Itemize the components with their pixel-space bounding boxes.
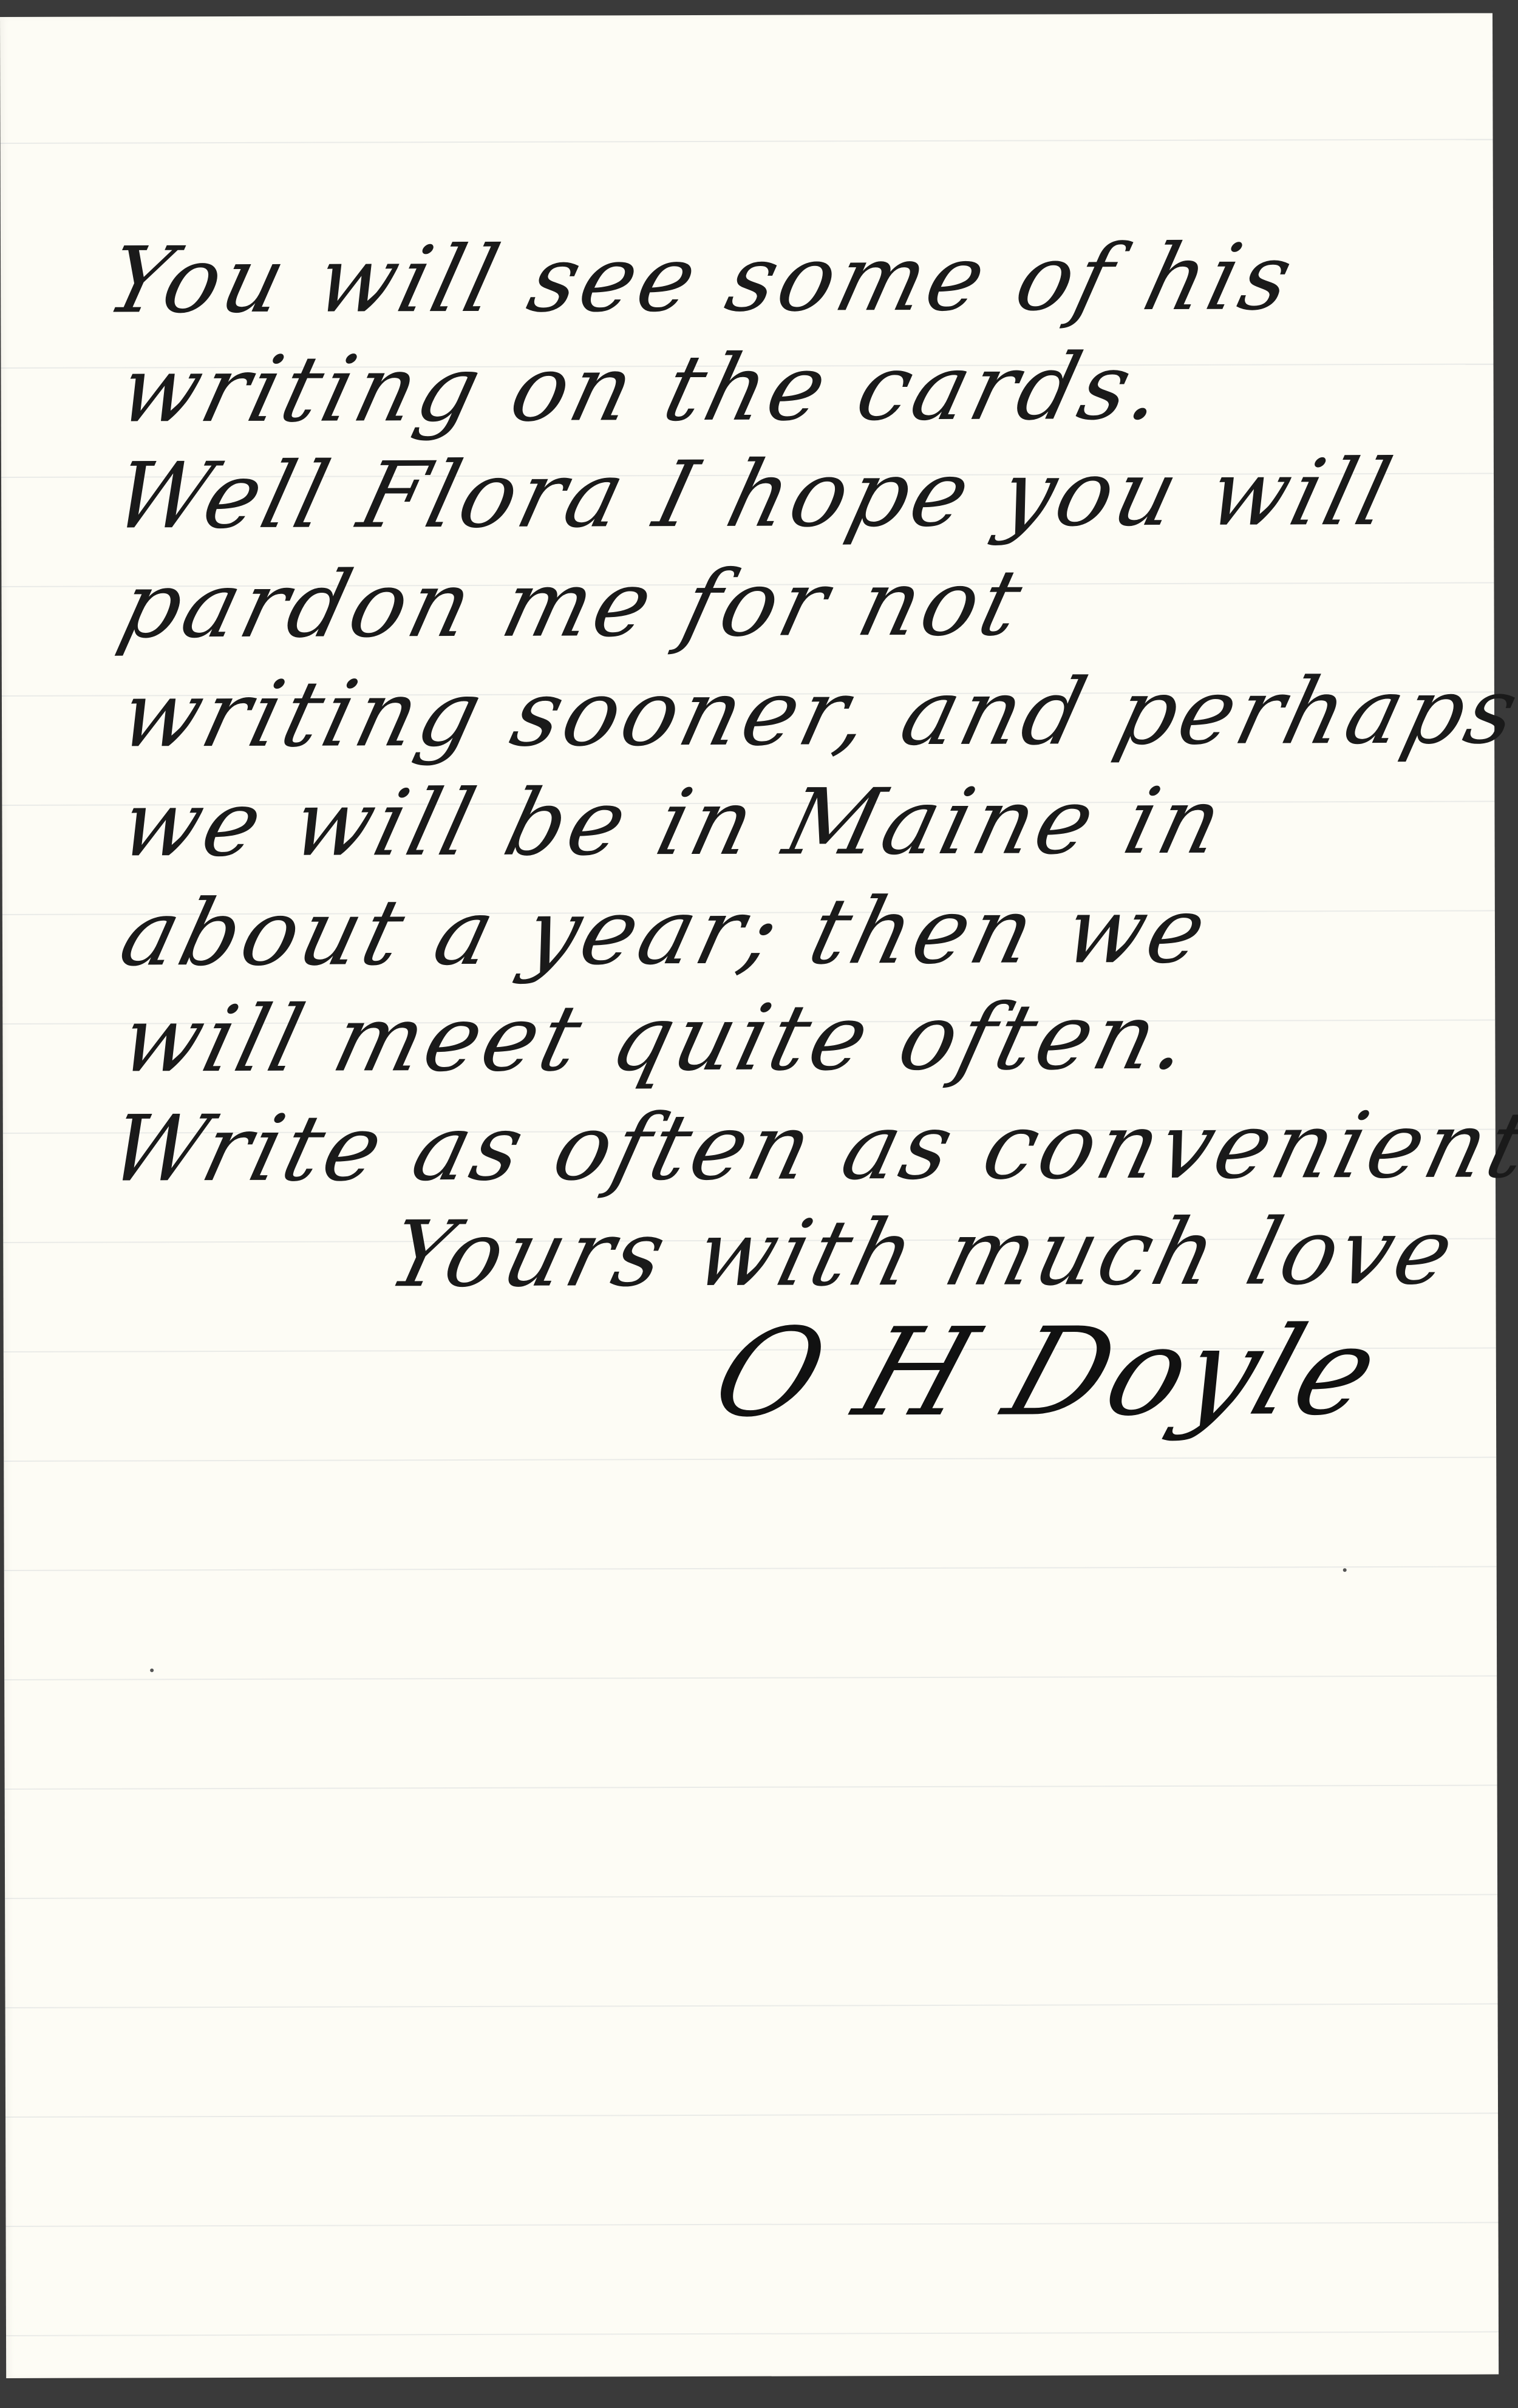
signature: O H Doyle bbox=[697, 1301, 1397, 1444]
ruled-line bbox=[5, 1894, 1497, 1899]
ruled-line bbox=[6, 2222, 1499, 2227]
letter-line: writing on the cards. bbox=[111, 342, 1176, 436]
ruled-line bbox=[5, 1785, 1497, 1790]
paper-speck bbox=[1343, 1568, 1347, 1572]
ruled-line bbox=[5, 2004, 1498, 2008]
letter-line: Well Flora I hope you will bbox=[106, 448, 1403, 542]
ruled-line bbox=[6, 2331, 1499, 2336]
letter-line: will meet quite often. bbox=[113, 992, 1202, 1086]
letter-line: pardon me for not bbox=[112, 558, 1033, 652]
paper-speck bbox=[150, 1668, 154, 1672]
letter-line: Write as often as convenient. bbox=[101, 1100, 1518, 1195]
letter-line: You will see some of his bbox=[99, 232, 1304, 326]
ruled-line bbox=[4, 1457, 1496, 1462]
ruled-line bbox=[5, 2113, 1498, 2118]
ruled-line bbox=[4, 1676, 1497, 1680]
letter-line: we will be in Maine in bbox=[112, 776, 1234, 870]
letter-closing: Yours with much love bbox=[381, 1207, 1465, 1301]
ruled-line bbox=[4, 1566, 1497, 1571]
letter-line: about a year; then we bbox=[112, 885, 1217, 980]
letter-page: You will see some of his writing on the … bbox=[0, 13, 1499, 2378]
ruled-line bbox=[1, 139, 1493, 144]
letter-line: writing sooner, and perhaps bbox=[112, 666, 1518, 760]
